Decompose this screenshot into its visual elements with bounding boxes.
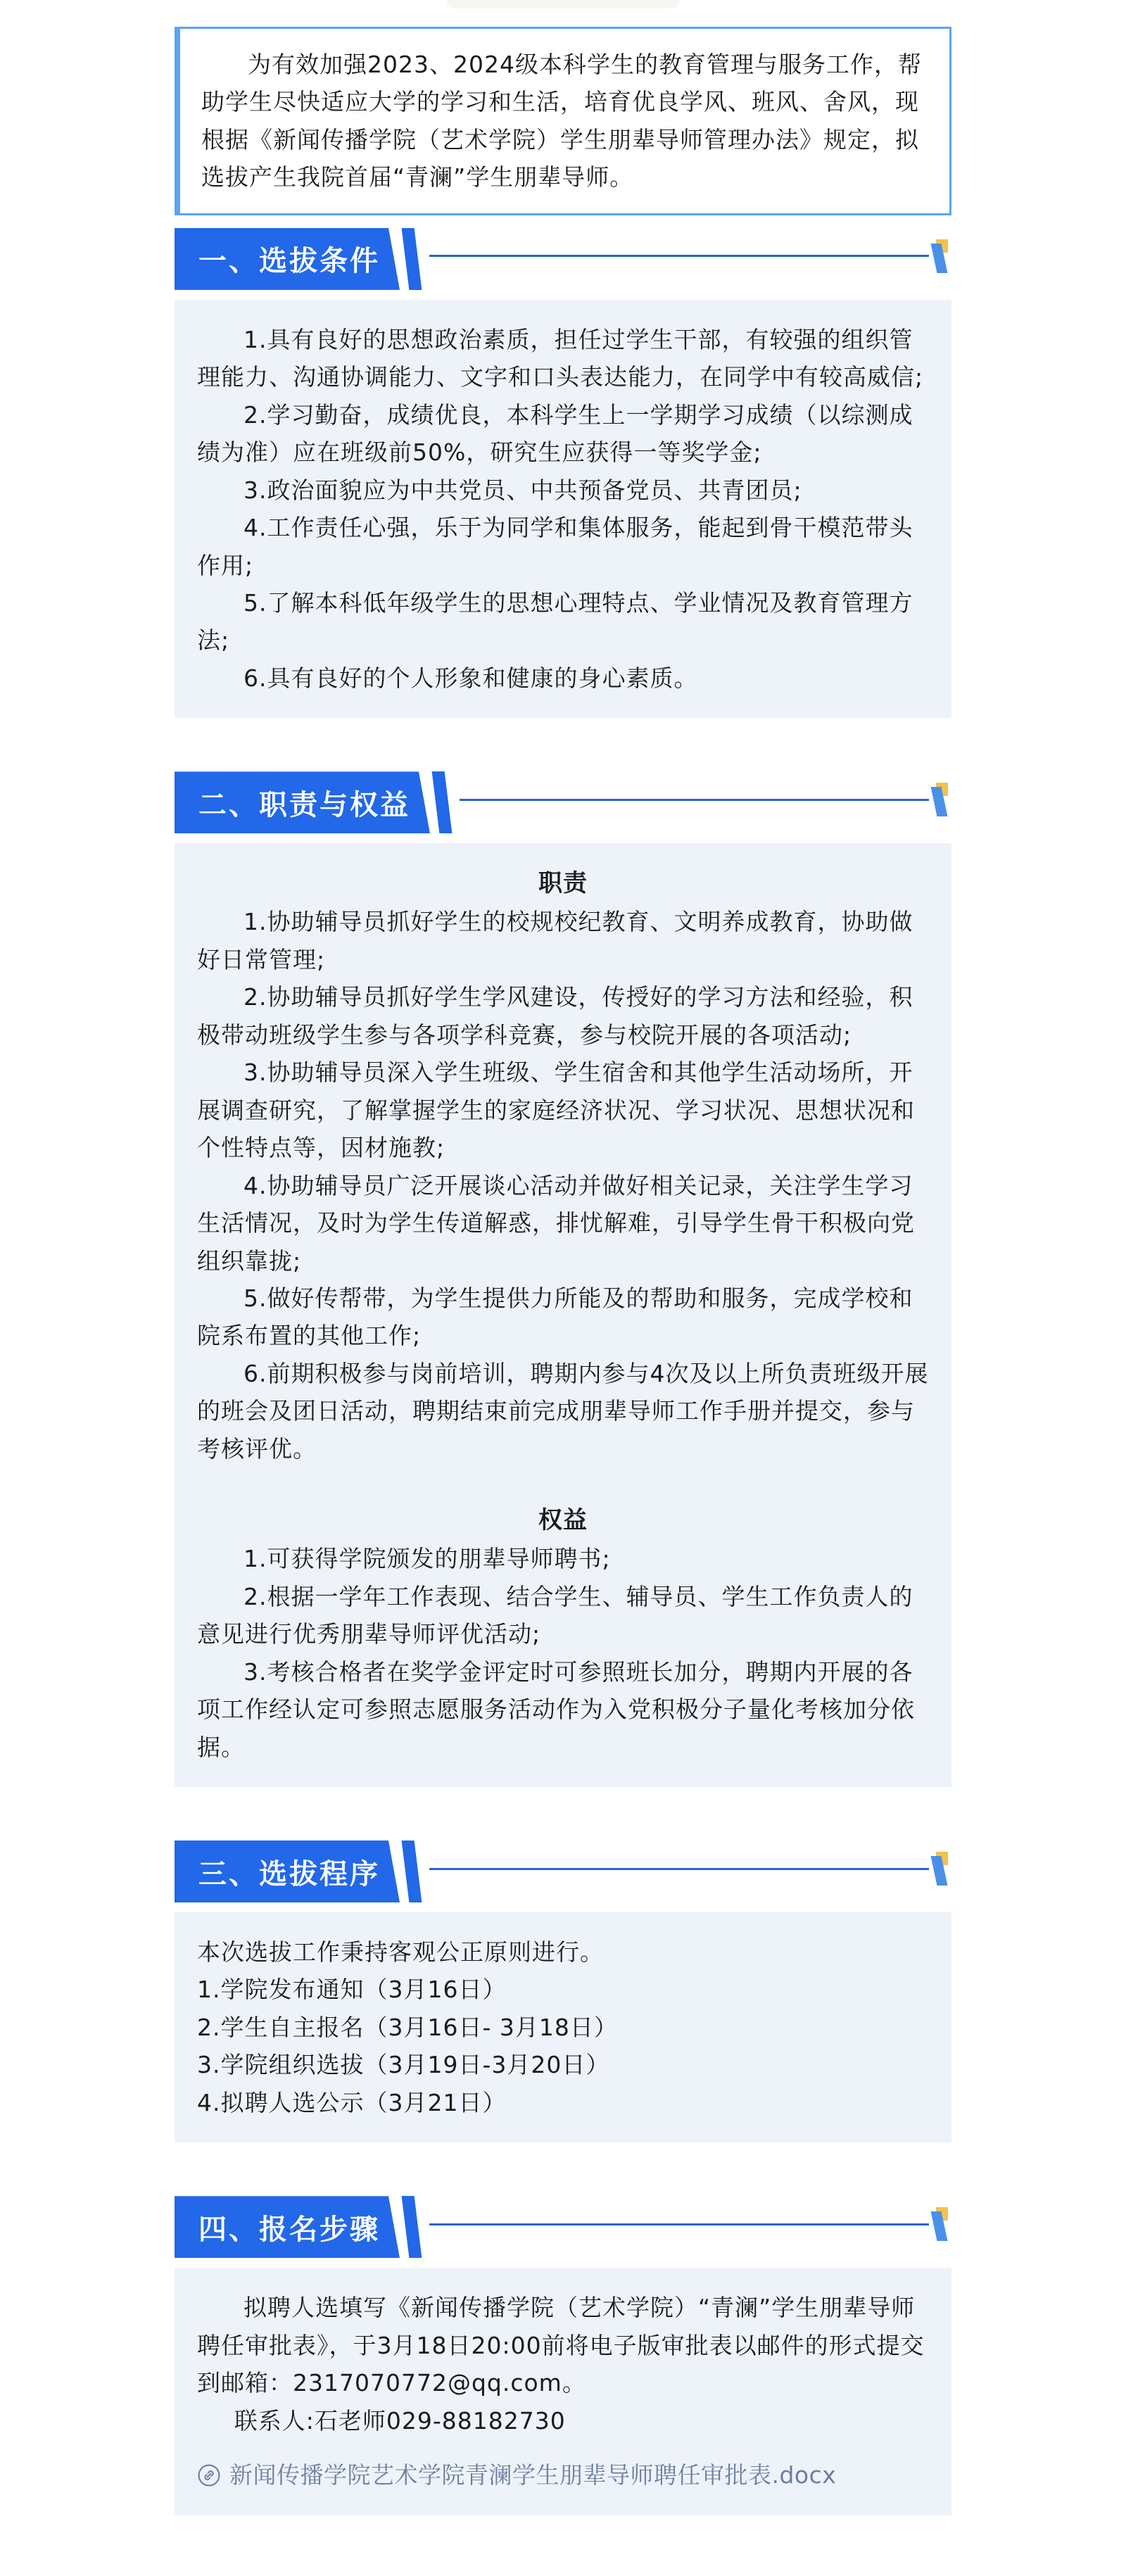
section-header: 一、选拔条件 (175, 228, 951, 290)
ribbon-end-icon (925, 1850, 951, 1890)
criteria-item: 1.具有良好的思想政治素质，担任过学生干部，有较强的组织管理能力、沟通协调能力、… (197, 321, 929, 396)
right-item: 2.根据一学年工作表现、结合学生、辅导员、学生工作负责人的意见进行优秀朋辈导师评… (197, 1578, 929, 1653)
procedure-step: 1.学院发布通知（3月16日） (197, 1971, 929, 2008)
criteria-item: 2.学习勤奋，成绩优良，本科学生上一学期学习成绩（以综测成绩为准）应在班级前50… (197, 396, 929, 472)
page-top-tab (447, 0, 679, 8)
section-header: 四、报名步骤 (175, 2196, 951, 2258)
criteria-item: 6.具有良好的个人形象和健康的身心素质。 (197, 659, 929, 697)
rights-block: 权益 1.可获得学院颁发的朋辈导师聘书; 2.根据一学年工作表现、结合学生、辅导… (197, 1501, 929, 1766)
intro-paragraph: 为有效加强2023、2024级本科学生的教育管理与服务工作，帮助学生尽快适应大学… (201, 46, 928, 196)
ribbon-end-icon (925, 2206, 951, 2245)
rights-heading: 权益 (197, 1501, 929, 1540)
contact-line: 联系人:石老师029-88182730 (197, 2402, 929, 2439)
section-header: 二、职责与权益 (175, 771, 951, 833)
section-rule (460, 799, 929, 801)
badge-flap (402, 1841, 422, 1902)
criteria-item: 5.了解本科低年级学生的思想心理特点、学业情况及教育管理方法; (197, 584, 929, 659)
criteria-item: 3.政治面貌应为中共党员、中共预备党员、共青团员; (197, 472, 929, 509)
section-rule (429, 2223, 929, 2225)
procedure-step: 3.学院组织选拔（3月19日-3月20日） (197, 2046, 929, 2083)
section-panel: 拟聘人选填写《新闻传播学院（艺术学院）“青澜”学生朋辈导师聘任审批表》，于3月1… (175, 2268, 951, 2515)
section-panel: 职责 1.协助辅导员抓好学生的校规校纪教育、文明养成教育，协助做好日常管理; 2… (175, 843, 951, 1787)
content-column: 为有效加强2023、2024级本科学生的教育管理与服务工作，帮助学生尽快适应大学… (175, 27, 951, 2515)
criteria-item: 4.工作责任心强，乐于为同学和集体服务，能起到骨干模范带头作用; (197, 509, 929, 584)
section-registration-steps: 四、报名步骤 拟聘人选填写《新闻传播学院（艺术学院）“青澜”学生朋辈导师聘任审批… (175, 2196, 951, 2515)
section-panel: 1.具有良好的思想政治素质，担任过学生干部，有较强的组织管理能力、沟通协调能力、… (175, 300, 951, 719)
procedure-step: 4.拟聘人选公示（3月21日） (197, 2084, 929, 2121)
section-title: 三、选拔程序 (175, 1841, 400, 1902)
section-title-badge: 二、职责与权益 (175, 771, 448, 833)
duty-item: 2.协助辅导员抓好学生学风建设，传授好的学习方法和经验，积极带动班级学生参与各项… (197, 978, 929, 1054)
right-item: 3.考核合格者在奖学金评定时可参照班长加分，聘期内开展的各项工作经认定可参照志愿… (197, 1653, 929, 1766)
badge-flap (402, 2196, 422, 2258)
section-panel: 本次选拔工作秉持客观公正原则进行。 1.学院发布通知（3月16日） 2.学生自主… (175, 1912, 951, 2142)
section-selection-procedure: 三、选拔程序 本次选拔工作秉持客观公正原则进行。 1.学院发布通知（3月16日）… (175, 1841, 951, 2142)
duties-heading: 职责 (197, 864, 929, 903)
link-icon (197, 2463, 221, 2487)
duty-item: 6.前期积极参与岗前培训，聘期内参与4次及以上所负责班级开展的班会及团日活动，聘… (197, 1355, 929, 1467)
attachment-filename: 新闻传播学院艺术学院青澜学生朋辈导师聘任审批表.docx (229, 2456, 836, 2494)
attachment-link[interactable]: 新闻传播学院艺术学院青澜学生朋辈导师聘任审批表.docx (197, 2456, 929, 2494)
duty-item: 3.协助辅导员深入学生班级、学生宿舍和其他学生活动场所，开展调查研究，了解掌握学… (197, 1054, 929, 1166)
section-title-badge: 一、选拔条件 (175, 228, 418, 290)
ribbon-end-icon (925, 781, 951, 821)
article-page: 为有效加强2023、2024级本科学生的教育管理与服务工作，帮助学生尽快适应大学… (0, 0, 1126, 2576)
registration-paragraph: 拟聘人选填写《新闻传播学院（艺术学院）“青澜”学生朋辈导师聘任审批表》，于3月1… (197, 2289, 929, 2401)
section-rule (429, 1868, 929, 1870)
procedure-step: 2.学生自主报名（3月16日- 3月18日） (197, 2009, 929, 2046)
badge-flap (402, 228, 422, 290)
ribbon-end-icon (925, 238, 951, 277)
procedure-lead: 本次选拔工作秉持客观公正原则进行。 (197, 1933, 929, 1971)
intro-box: 为有效加强2023、2024级本科学生的教育管理与服务工作，帮助学生尽快适应大学… (175, 27, 951, 215)
section-title: 一、选拔条件 (175, 228, 400, 290)
section-rule (429, 255, 929, 257)
duty-item: 5.做好传帮带，为学生提供力所能及的帮助和服务，完成学校和院系布置的其他工作; (197, 1280, 929, 1355)
section-title: 四、报名步骤 (175, 2196, 400, 2258)
section-selection-criteria: 一、选拔条件 1.具有良好的思想政治素质，担任过学生干部，有较强的组织管理能力、… (175, 228, 951, 719)
right-item: 1.可获得学院颁发的朋辈导师聘书; (197, 1540, 929, 1577)
section-duties-rights: 二、职责与权益 职责 1.协助辅导员抓好学生的校规校纪教育、文明养成教育，协助做… (175, 771, 951, 1787)
section-title-badge: 四、报名步骤 (175, 2196, 418, 2258)
section-title: 二、职责与权益 (175, 771, 430, 833)
badge-flap (432, 771, 453, 833)
duty-item: 1.协助辅导员抓好学生的校规校纪教育、文明养成教育，协助做好日常管理; (197, 903, 929, 978)
section-title-badge: 三、选拔程序 (175, 1841, 418, 1902)
duty-item: 4.协助辅导员广泛开展谈心活动并做好相关记录，关注学生学习生活情况，及时为学生传… (197, 1167, 929, 1280)
section-header: 三、选拔程序 (175, 1841, 951, 1902)
